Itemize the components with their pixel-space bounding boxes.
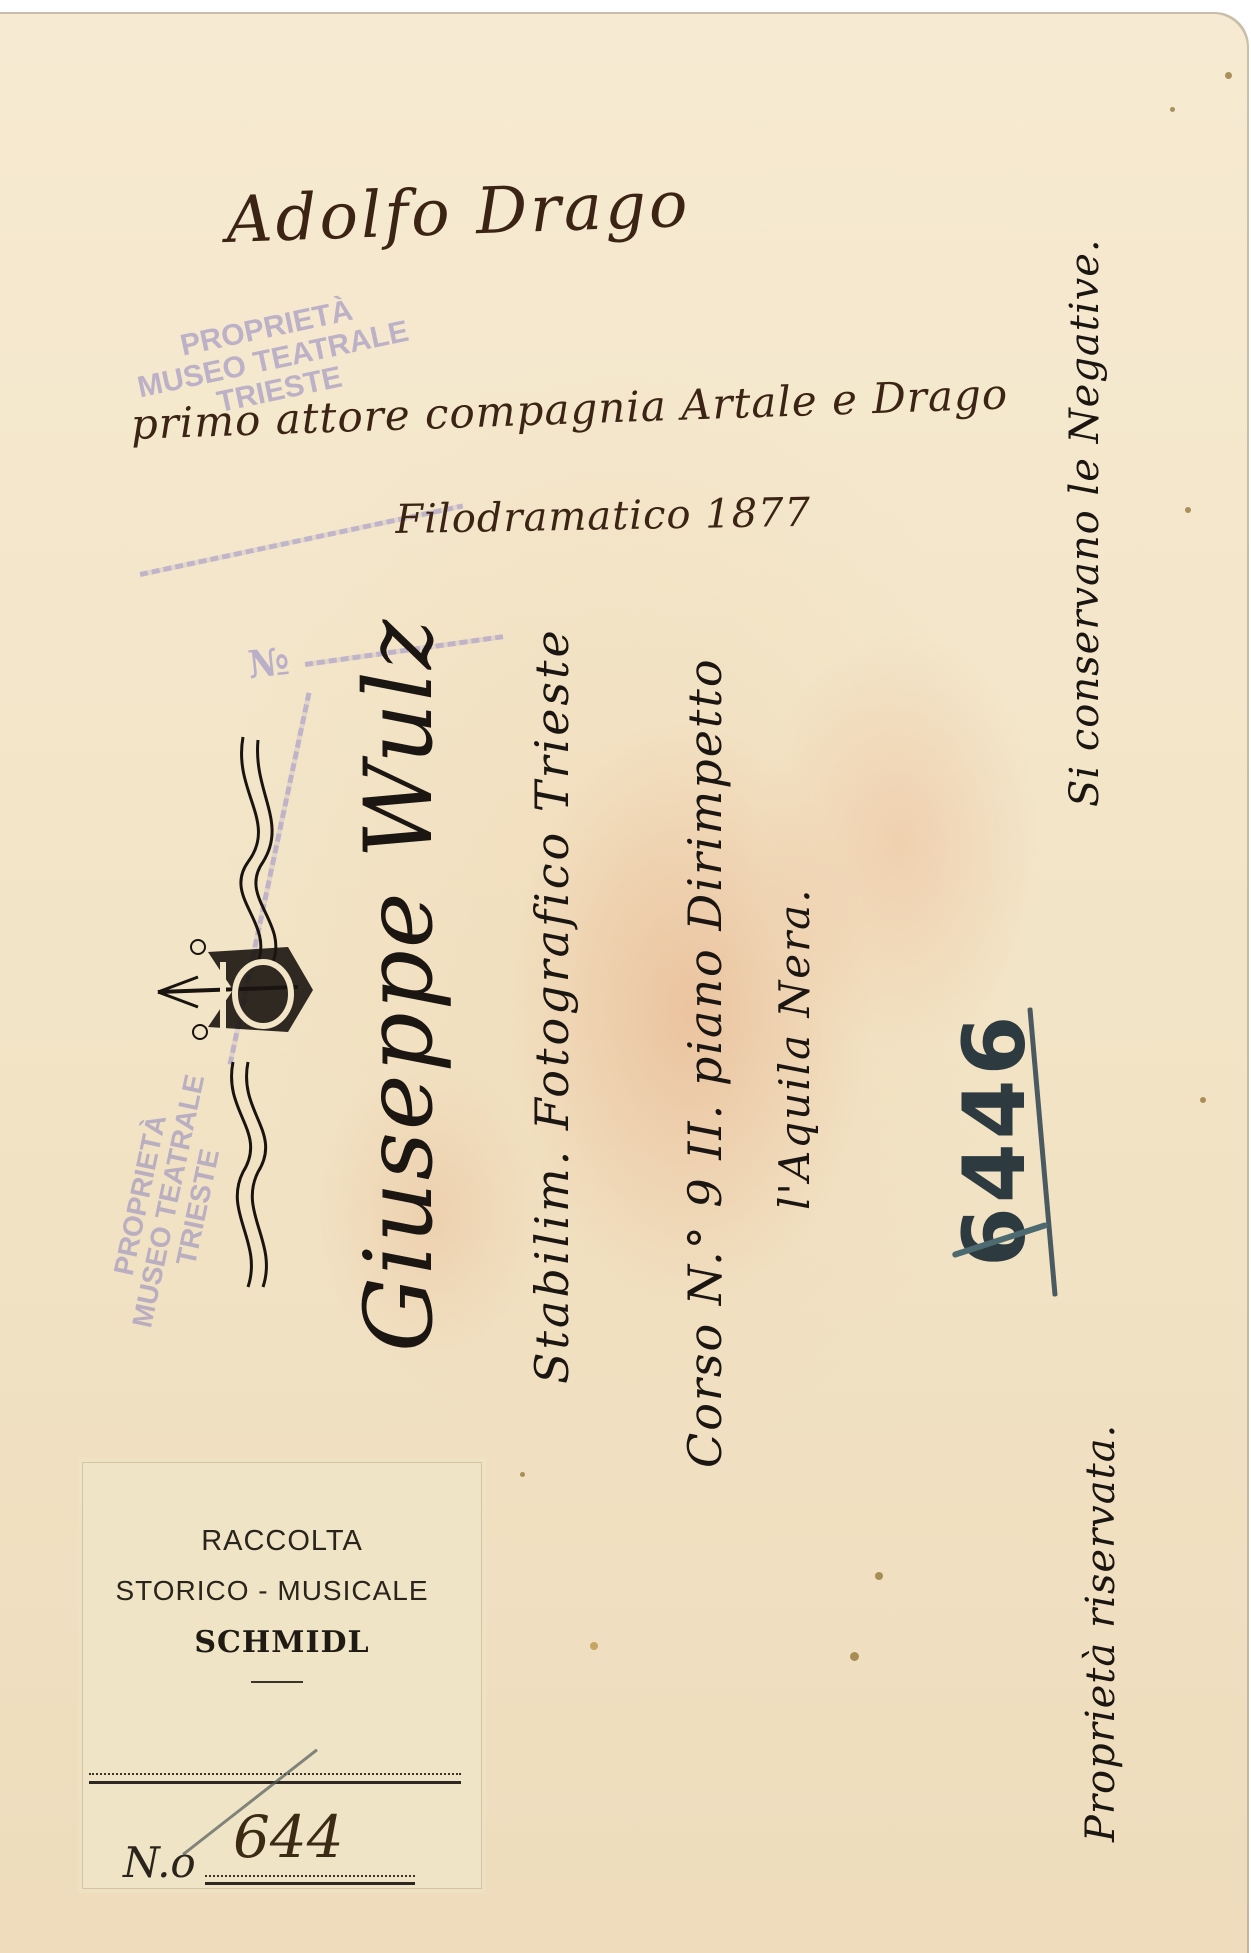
photographer-name: Giuseppe Wulz xyxy=(345,618,454,1352)
foxing-spot xyxy=(875,1572,883,1580)
rights-note: Proprietà riservata. xyxy=(1078,1424,1124,1842)
negatives-note: Si conservano le Negative. xyxy=(1062,238,1108,807)
foxing-spot xyxy=(1185,507,1191,513)
photographer-address: Corso N.° 9 II. piano Dirimpetto xyxy=(678,657,732,1468)
collection-label: RACCOLTA STORICO - MUSICALE SCHMIDL N.o … xyxy=(82,1462,482,1889)
label-line1: RACCOLTA xyxy=(83,1525,481,1558)
foxing-spot xyxy=(1225,72,1232,79)
label-line2: STORICO - MUSICALE xyxy=(73,1575,471,1607)
handwritten-venue-year: Filodramatico 1877 xyxy=(395,490,811,543)
photographer-studio: Stabilim. Fotografico Trieste xyxy=(525,627,579,1384)
monogram-ornament-icon xyxy=(138,732,318,1292)
number-stamp: № xyxy=(246,638,292,687)
label-number-rule xyxy=(205,1882,415,1885)
label-brand: SCHMIDL xyxy=(83,1625,481,1660)
foxing-spot xyxy=(1170,107,1175,112)
label-dotted-rule xyxy=(89,1773,461,1775)
label-number-prefix: N.o xyxy=(123,1838,196,1887)
cabinet-card-verso: PROPRIETÀ MUSEO TEATRALE TRIESTE № PROPR… xyxy=(0,12,1249,1953)
label-number-value: 644 xyxy=(233,1803,344,1871)
photographer-landmark: l'Aquila Nera. xyxy=(770,887,819,1210)
foxing-spot xyxy=(520,1472,525,1477)
handwritten-name: Adolfo Drago xyxy=(225,168,692,258)
foxing-spot xyxy=(1200,1097,1206,1103)
foxing-spot xyxy=(850,1652,859,1661)
label-divider xyxy=(251,1681,303,1683)
foxing-spot xyxy=(590,1642,598,1650)
label-number-dotted-rule xyxy=(205,1875,415,1877)
